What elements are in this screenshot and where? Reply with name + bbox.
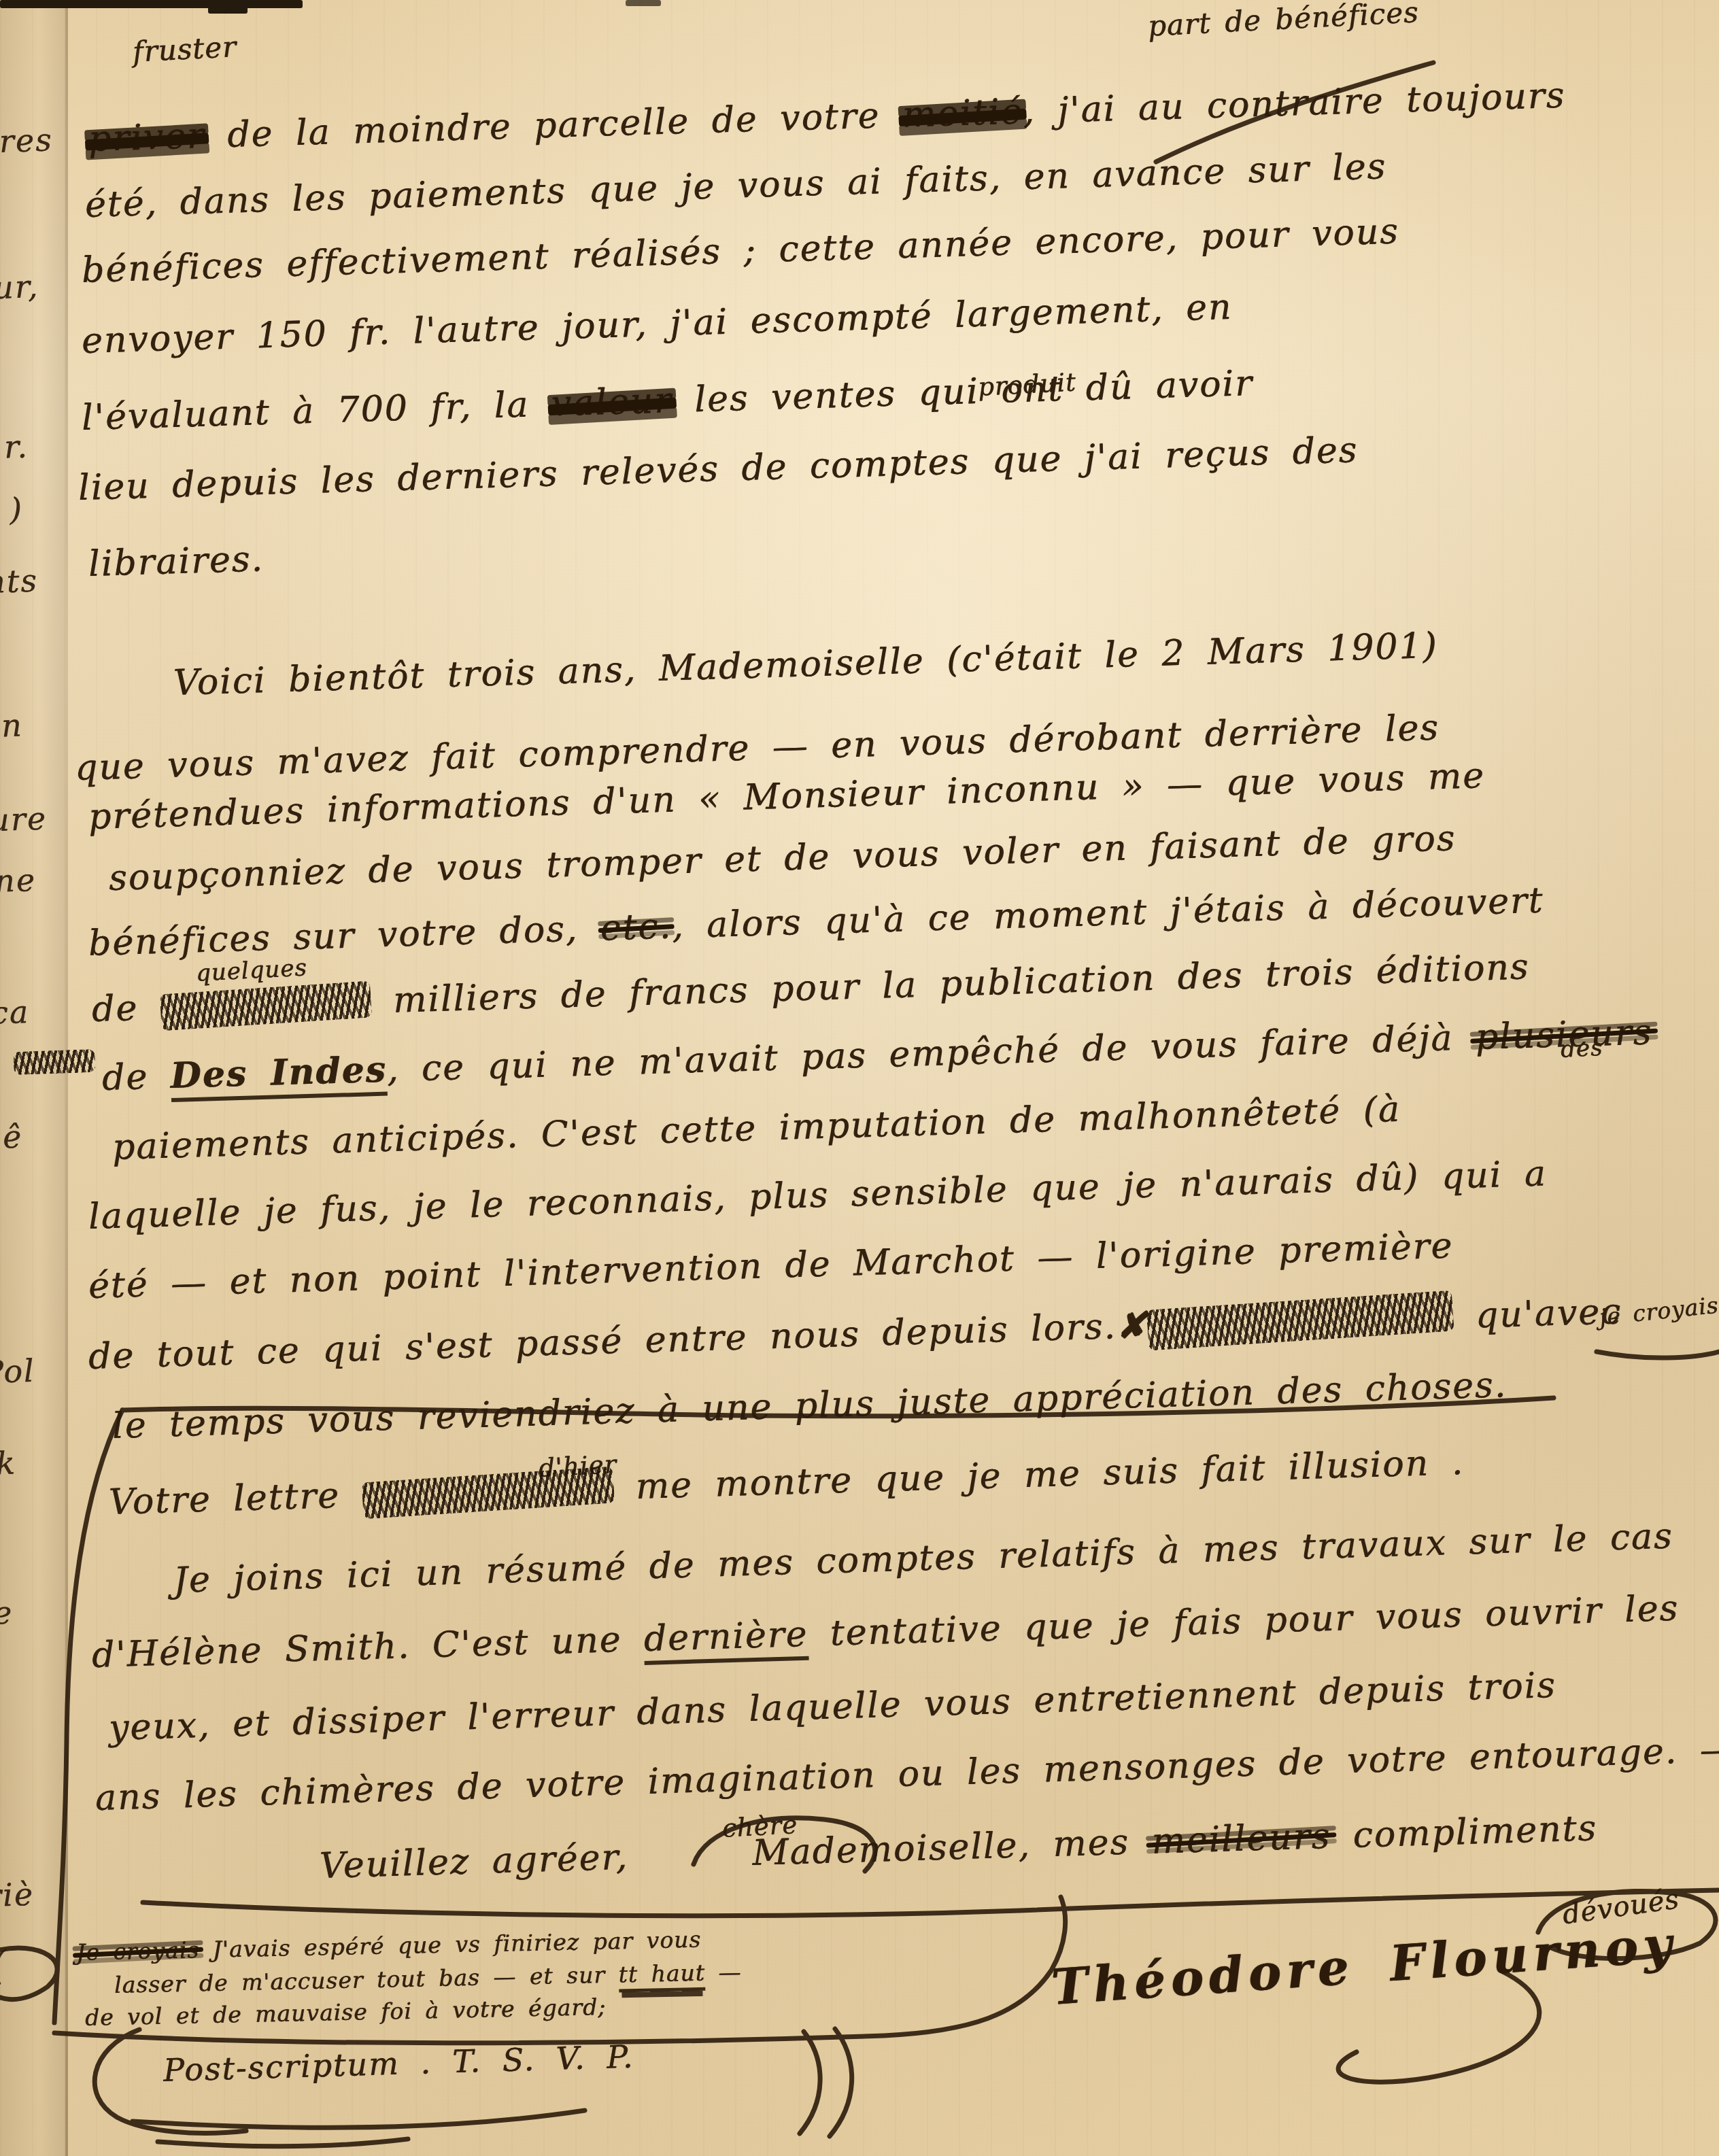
letter-line: Je joins ici un résumé de mes comptes re… (173, 1516, 1673, 1601)
margin-fragment: k (0, 1444, 17, 1482)
scan-edge (208, 0, 248, 14)
line-text: yeux, et dissiper l'erreur dans laquelle… (108, 1665, 1556, 1749)
line-text: lasser de m'accuser tout bas — et sur (114, 1961, 619, 1998)
line-text: ans les chimères de votre imagination ou… (95, 1729, 1719, 1819)
line-text: Post-scriptum . T. S. V. P. (163, 2038, 634, 2089)
ps-flourish-stroke (158, 2139, 408, 2146)
ps-line: Je croyais J'avais espéré que vs finirie… (76, 1926, 702, 1966)
line-text: les ventes qui ont dû avoir (672, 363, 1254, 421)
margin-fragment: ê (2, 1118, 23, 1156)
margin-fragment: Pol (0, 1352, 35, 1391)
ps-line: de vol et de mauvaise foi à votre égard; (85, 1994, 607, 2031)
line-text: me montre que je me suis fait illusion . (613, 1442, 1465, 1508)
line-text: été — et non point l'intervention de Mar… (88, 1225, 1454, 1307)
scribbled-out-word (361, 1467, 615, 1520)
line-text: bénéfices sur votre dos, (88, 908, 600, 964)
letter-line: paiements anticipés. C'est cette imputat… (112, 1089, 1401, 1168)
line-text: , j'ai au contraire toujours (1022, 75, 1566, 133)
underline-rule-stroke (143, 1890, 1719, 1916)
margin-fragment: ca (0, 993, 30, 1031)
letter-line: de Des Indes, ce qui ne m'avait pas empê… (101, 1011, 1653, 1099)
line-text: qu'avec (1452, 1291, 1622, 1337)
letter-line: laquelle je fus, je le reconnais, plus s… (88, 1153, 1547, 1237)
letter-line: le temps vous reviendriez à une plus jus… (112, 1365, 1508, 1447)
struck-word: meilleurs (1151, 1816, 1331, 1862)
letter-line: été, dans les paiements que je vous ai f… (84, 146, 1387, 226)
line-text: libraires. (88, 538, 265, 585)
scan-edge (0, 0, 303, 8)
line-text: laquelle je fus, je le reconnais, plus s… (88, 1153, 1547, 1237)
margin-fragment: ur, (0, 268, 39, 306)
line-text: lieu depuis les derniers relevés de comp… (78, 430, 1359, 509)
letter-line: d'Hélène Smith. C'est une dernière tenta… (91, 1588, 1680, 1676)
margin-fragment: riè (0, 1876, 35, 1914)
line-text: le temps vous reviendriez à une plus jus… (112, 1365, 1508, 1447)
margin-fragment: n (1, 706, 24, 744)
line-text: J'avais espéré que vs finiriez par vous (199, 1926, 702, 1963)
margin-fragment: ne (0, 861, 37, 900)
line-text: Votre lettre (108, 1475, 362, 1523)
line-text: de vol et de mauvaise foi à votre égard; (85, 1994, 607, 2031)
insertion-connector-stroke (1597, 1352, 1719, 1358)
underlined-title-des-indes: Des Indes (170, 1049, 388, 1102)
insertion-gap (651, 1865, 753, 1868)
line-text: de (91, 987, 160, 1030)
line-text: envoyer 150 fr. l'autre jour, j'ai escom… (81, 287, 1233, 362)
ps-flourish-stroke (133, 2110, 585, 2127)
line-text: paiements anticipés. C'est cette imputat… (112, 1089, 1401, 1168)
struck-word: priver (88, 116, 206, 160)
line-text: , ce qui ne m'avait pas empêché de vous … (386, 1017, 1476, 1090)
ps-line: lasser de m'accuser tout bas — et sur tt… (114, 1959, 742, 1998)
margin-scribble (13, 1049, 95, 1075)
ps-right-paren-stroke (830, 2029, 852, 2136)
line-text: de tout ce qui s'est passé entre nous de… (88, 1306, 1117, 1378)
line-text: de (101, 1056, 171, 1099)
margin-fragment: r. (3, 428, 29, 465)
letter-line: Voici bientôt trois ans, Mademoiselle (c… (173, 626, 1438, 704)
fold-line (65, 0, 68, 2156)
struck-word: moitié (902, 91, 1023, 135)
margin-fragment: nts (0, 562, 39, 601)
line-text: l'évaluant à 700 fr, la (81, 384, 552, 439)
margin-fragment: e (0, 1594, 14, 1632)
letter-line: été — et non point l'intervention de Mar… (88, 1225, 1454, 1307)
letter-line: Votre lettre me montre que je me suis fa… (108, 1442, 1465, 1523)
insertion-part-de-benefices: part de bénéfices (1147, 0, 1420, 43)
insertion-fruster: fruster (132, 30, 237, 69)
line-text: — (704, 1959, 741, 1986)
margin-fragment: ure (0, 800, 48, 839)
margin-fragment: ires (0, 121, 53, 160)
struck-word: valeur (551, 380, 673, 424)
letter-line: bénéfices effectivement réalisés ; cette… (81, 211, 1399, 291)
struck-word: plusieurs (1475, 1012, 1653, 1058)
line-text: de la moindre parcelle de votre (205, 95, 903, 156)
scribbled-out-words (1146, 1290, 1454, 1351)
letter-line: Veuillez agréer, Mademoiselle, mes meill… (319, 1808, 1598, 1887)
line-text: Veuillez agréer, (319, 1836, 651, 1887)
x-mark: ✘ (1116, 1305, 1148, 1347)
letter-line: libraires. (88, 538, 265, 585)
line-text: d'Hélène Smith. C'est une (91, 1619, 645, 1676)
scribbled-out-word (159, 980, 372, 1031)
letter-line: de milliers de francs pour la publicatio… (91, 946, 1530, 1030)
line-text: , alors qu'à ce moment j'étais à découve… (671, 880, 1544, 946)
letter-line: de tout ce qui s'est passé entre nous de… (88, 1290, 1622, 1378)
line-text: Mademoiselle, mes (751, 1821, 1152, 1874)
signature: Théodore Flournoy (1049, 1915, 1679, 2016)
letter-line: yeux, et dissiper l'erreur dans laquelle… (108, 1665, 1556, 1749)
letter-page: ires ur, r. ) nts n ure ne ca ê Pol k e … (0, 0, 1719, 2156)
line-text: été, dans les paiements que je vous ai f… (84, 146, 1387, 226)
ps-mention: Post-scriptum . T. S. V. P. (163, 2038, 634, 2089)
line-text: tentative que je fais pour vous ouvrir l… (807, 1588, 1680, 1655)
page-edge-shade (0, 0, 65, 2156)
struck-word: etc. (600, 906, 673, 949)
letter-line: lieu depuis les derniers relevés de comp… (78, 430, 1359, 509)
double-underlined-words: tt haut (618, 1960, 705, 1993)
line-text: Voici bientôt trois ans, Mademoiselle (c… (173, 626, 1438, 704)
line-text: Je joins ici un résumé de mes comptes re… (173, 1516, 1673, 1601)
scan-edge (626, 0, 661, 6)
letter-line: envoyer 150 fr. l'autre jour, j'ai escom… (81, 287, 1233, 362)
letter-line: ans les chimères de votre imagination ou… (95, 1729, 1719, 1819)
ps-right-paren-stroke (800, 2032, 820, 2134)
line-text: milliers de francs pour la publication d… (371, 946, 1531, 1022)
struck-word: Je croyais (76, 1936, 200, 1966)
line-text: bénéfices effectivement réalisés ; cette… (81, 211, 1399, 291)
margin-fragment: ) (9, 491, 24, 528)
letter-line: l'évaluant à 700 fr, la valeur les vente… (81, 363, 1254, 439)
line-text: compliments (1330, 1808, 1598, 1857)
underlined-word: dernière (643, 1614, 809, 1665)
